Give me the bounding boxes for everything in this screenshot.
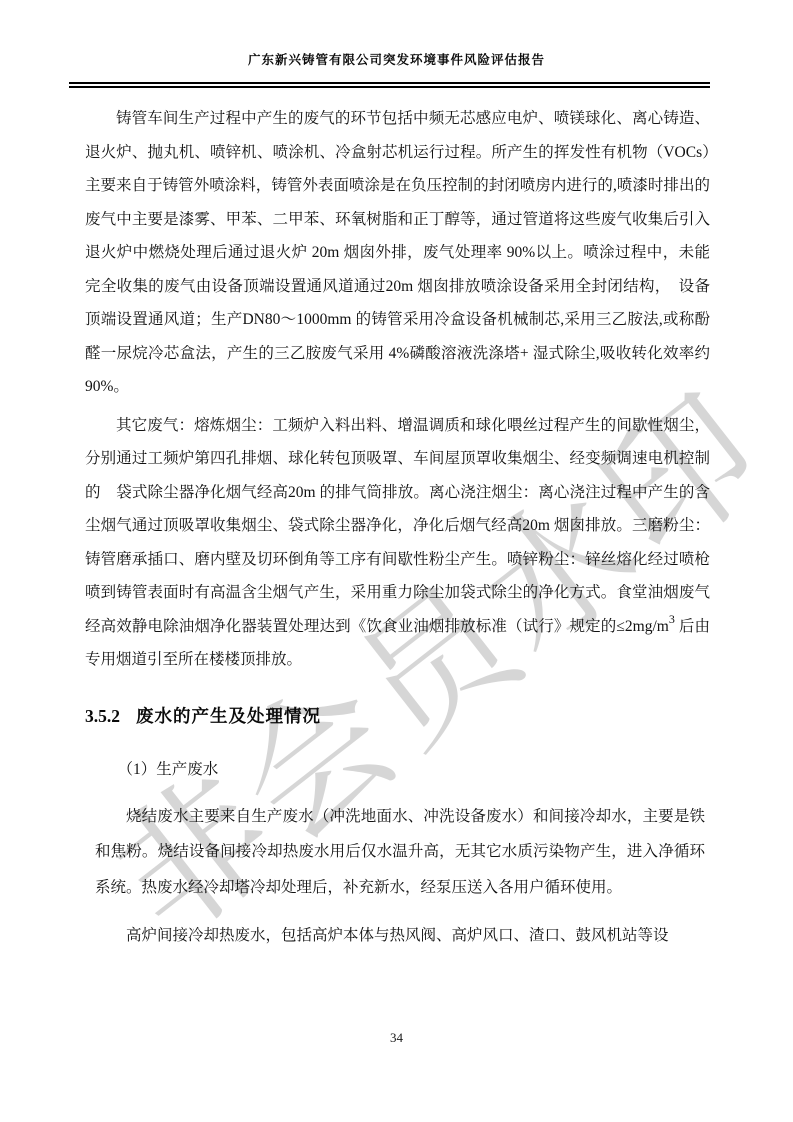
paragraph-casting-workshop-waste-gas: 铸管车间生产过程中产生的废气的环节包括中频无芯感应电炉、喷镁球化、离心铸造、退火… [85,102,710,404]
paragraph-other-waste-gas: 其它废气：熔炼烟尘：工频炉入料出料、增温调质和球化喂丝过程产生的间歇性烟尘，分别… [85,409,710,677]
section-number: 3.5.2 [85,706,120,726]
header-double-rule [69,82,710,88]
paragraph-sintering-wastewater: 烧结废水主要来自生产废水（冲洗地面水、冲洗设备废水）和间接冷却水，主要是铁和焦粉… [95,799,705,906]
list-item-production-wastewater: （1）生产废水 [85,753,710,786]
document-page: 非会员水印 广东新兴铸管有限公司突发环境事件风险评估报告 铸管车间生产过程中产生… [0,0,793,1122]
section-heading-3-5-2: 3.5.2废水的产生及处理情况 [85,703,710,729]
report-header-title: 广东新兴铸管有限公司突发环境事件风险评估报告 [0,0,793,68]
page-number: 34 [0,1030,793,1046]
superscript-cubic-meter: 3 [669,612,675,626]
page-header: 广东新兴铸管有限公司突发环境事件风险评估报告 [0,0,793,88]
document-body: 铸管车间生产过程中产生的废气的环节包括中频无芯感应电炉、喷镁球化、离心铸造、退火… [85,102,710,954]
section-title: 废水的产生及处理情况 [136,706,321,726]
paragraph-other-waste-gas-text: 其它废气：熔炼烟尘：工频炉入料出料、增温调质和球化喂丝过程产生的间歇性烟尘，分别… [85,417,710,635]
paragraph-blast-furnace-cooling-water: 高炉间接冷却热废水，包括高炉本体与热风阀、高炉风口、渣口、鼓风机站等设 [95,918,705,954]
